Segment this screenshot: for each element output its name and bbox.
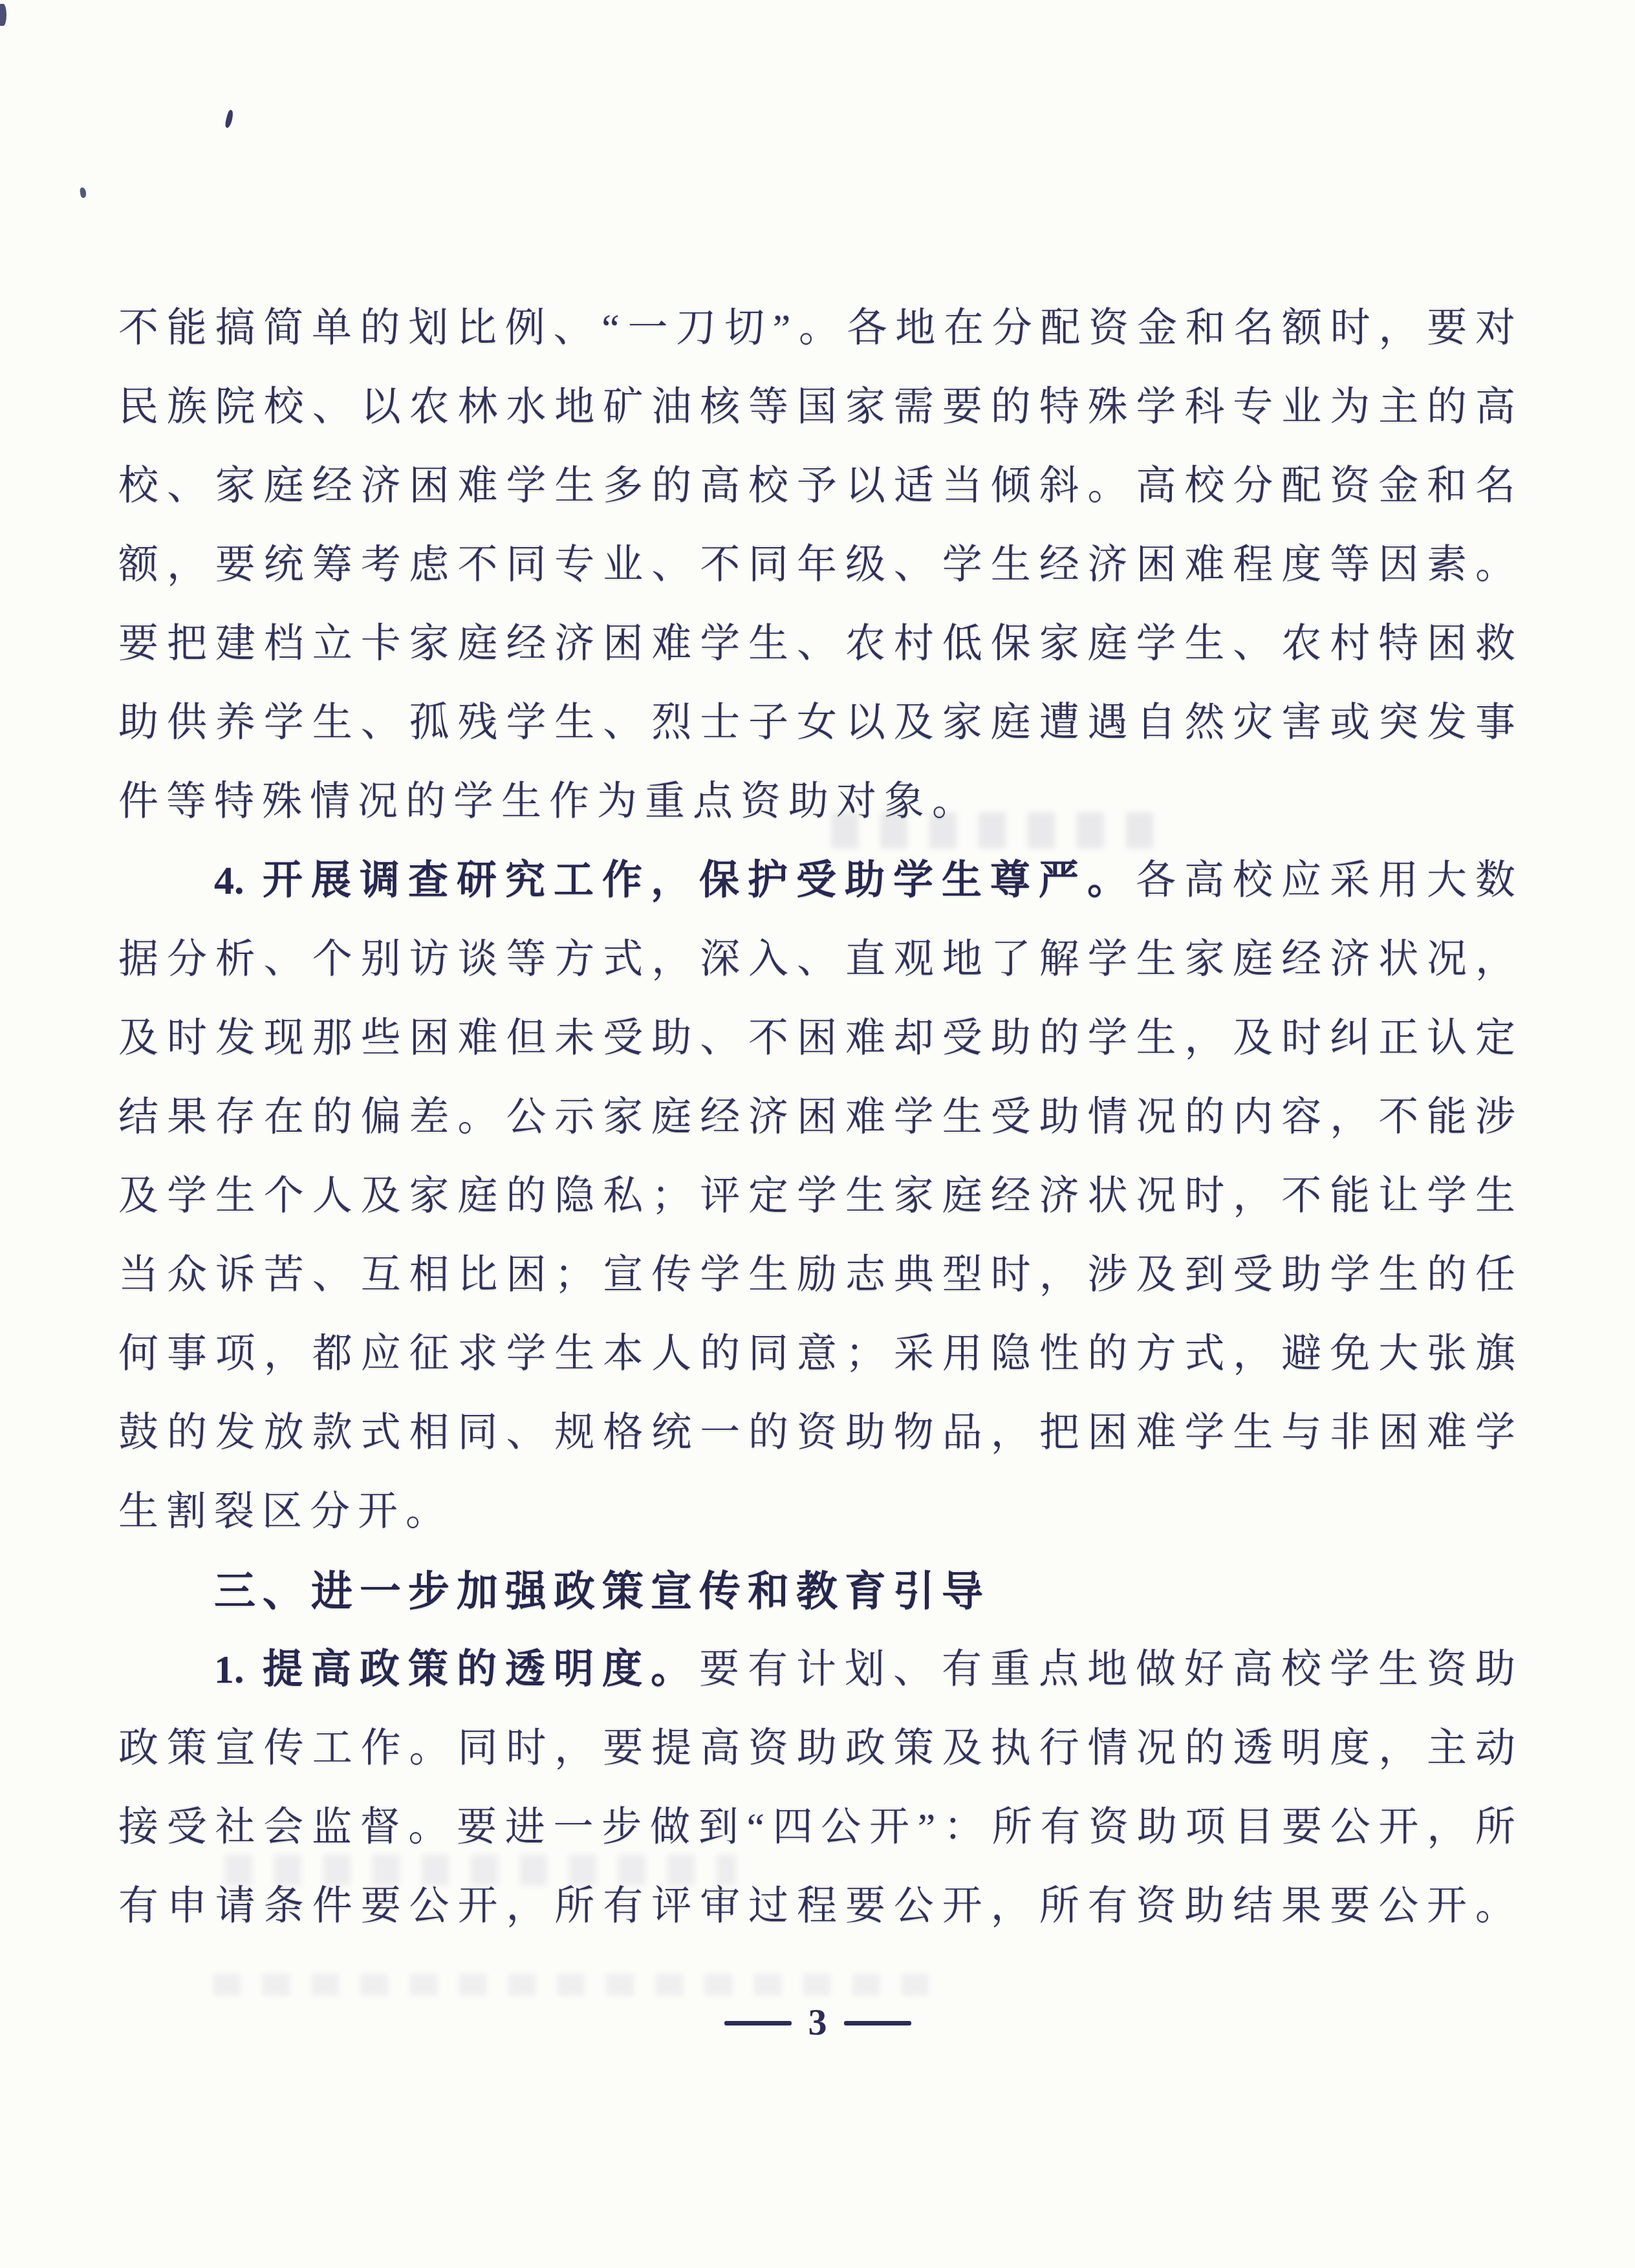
- body-line: 不能搞简单的划比例、“一刀切”。各地在分配资金和名额时，要对: [118, 289, 1515, 368]
- body-line: 何事项，都应征求学生本人的同意；采用隐性的方式，避免大张旗: [118, 1315, 1515, 1394]
- body-line: 及时发现那些困难但未受助、不困难却受助的学生，及时纠正认定: [118, 999, 1515, 1078]
- document-body: 不能搞简单的划比例、“一刀切”。各地在分配资金和名额时，要对 民族院校、以农林水…: [118, 289, 1515, 1946]
- body-line: 校、家庭经济困难学生多的高校予以适当倾斜。高校分配资金和名: [118, 447, 1515, 526]
- body-line-numbered-item: 4. 开展调查研究工作，保护受助学生尊严。各高校应采用大数: [118, 841, 1515, 920]
- scan-speck: [80, 187, 87, 198]
- body-line: 结果存在的偏差。公示家庭经济困难学生受助情况的内容，不能涉: [118, 1078, 1515, 1157]
- page-number-dash: [724, 2021, 792, 2025]
- body-line: 及学生个人及家庭的隐私；评定学生家庭经济状况时，不能让学生: [118, 1157, 1515, 1236]
- scanned-document-page: 不能搞简单的划比例、“一刀切”。各地在分配资金和名额时，要对 民族院校、以农林水…: [0, 0, 1635, 2268]
- body-line: 接受社会监督。要进一步做到“四公开”：所有资助项目要公开，所: [118, 1788, 1515, 1867]
- scan-speck: [224, 109, 235, 128]
- body-line: 当众诉苦、互相比困；宣传学生励志典型时，涉及到受助学生的任: [118, 1236, 1515, 1315]
- scan-speck: [0, 4, 6, 26]
- body-line: 助供养学生、孤残学生、烈士子女以及家庭遭遇自然灾害或突发事: [118, 684, 1515, 762]
- body-line: 据分析、个别访谈等方式，深入、直观地了解学生家庭经济状况，: [118, 920, 1515, 999]
- section-heading: 三、进一步加强政策宣传和教育引导: [118, 1551, 1515, 1630]
- page-number: 3: [808, 2001, 827, 2043]
- body-line-numbered-item: 1. 提高政策的透明度。要有计划、有重点地做好高校学生资助: [118, 1630, 1515, 1709]
- page-number-dash: [844, 2021, 911, 2025]
- body-line: 有申请条件要公开，所有评审过程要公开，所有资助结果要公开。: [118, 1867, 1515, 1946]
- page-footer: 3: [0, 1993, 1635, 2051]
- body-line: 民族院校、以农林水地矿油核等国家需要的特殊学科专业为主的高: [118, 368, 1515, 447]
- body-line: 生割裂区分开。: [118, 1473, 1515, 1551]
- body-line: 鼓的发放款式相同、规格统一的资助物品，把困难学生与非困难学: [118, 1394, 1515, 1473]
- ink-bleedthrough: [213, 1974, 944, 1996]
- body-line: 件等特殊情况的学生作为重点资助对象。: [118, 762, 1515, 841]
- body-line: 政策宣传工作。同时，要提高资助政策及执行情况的透明度，主动: [118, 1709, 1515, 1788]
- body-line: 额，要统筹考虑不同专业、不同年级、学生经济困难程度等因素。: [118, 526, 1515, 605]
- body-line: 要把建档立卡家庭经济困难学生、农村低保家庭学生、农村特困救: [118, 605, 1515, 684]
